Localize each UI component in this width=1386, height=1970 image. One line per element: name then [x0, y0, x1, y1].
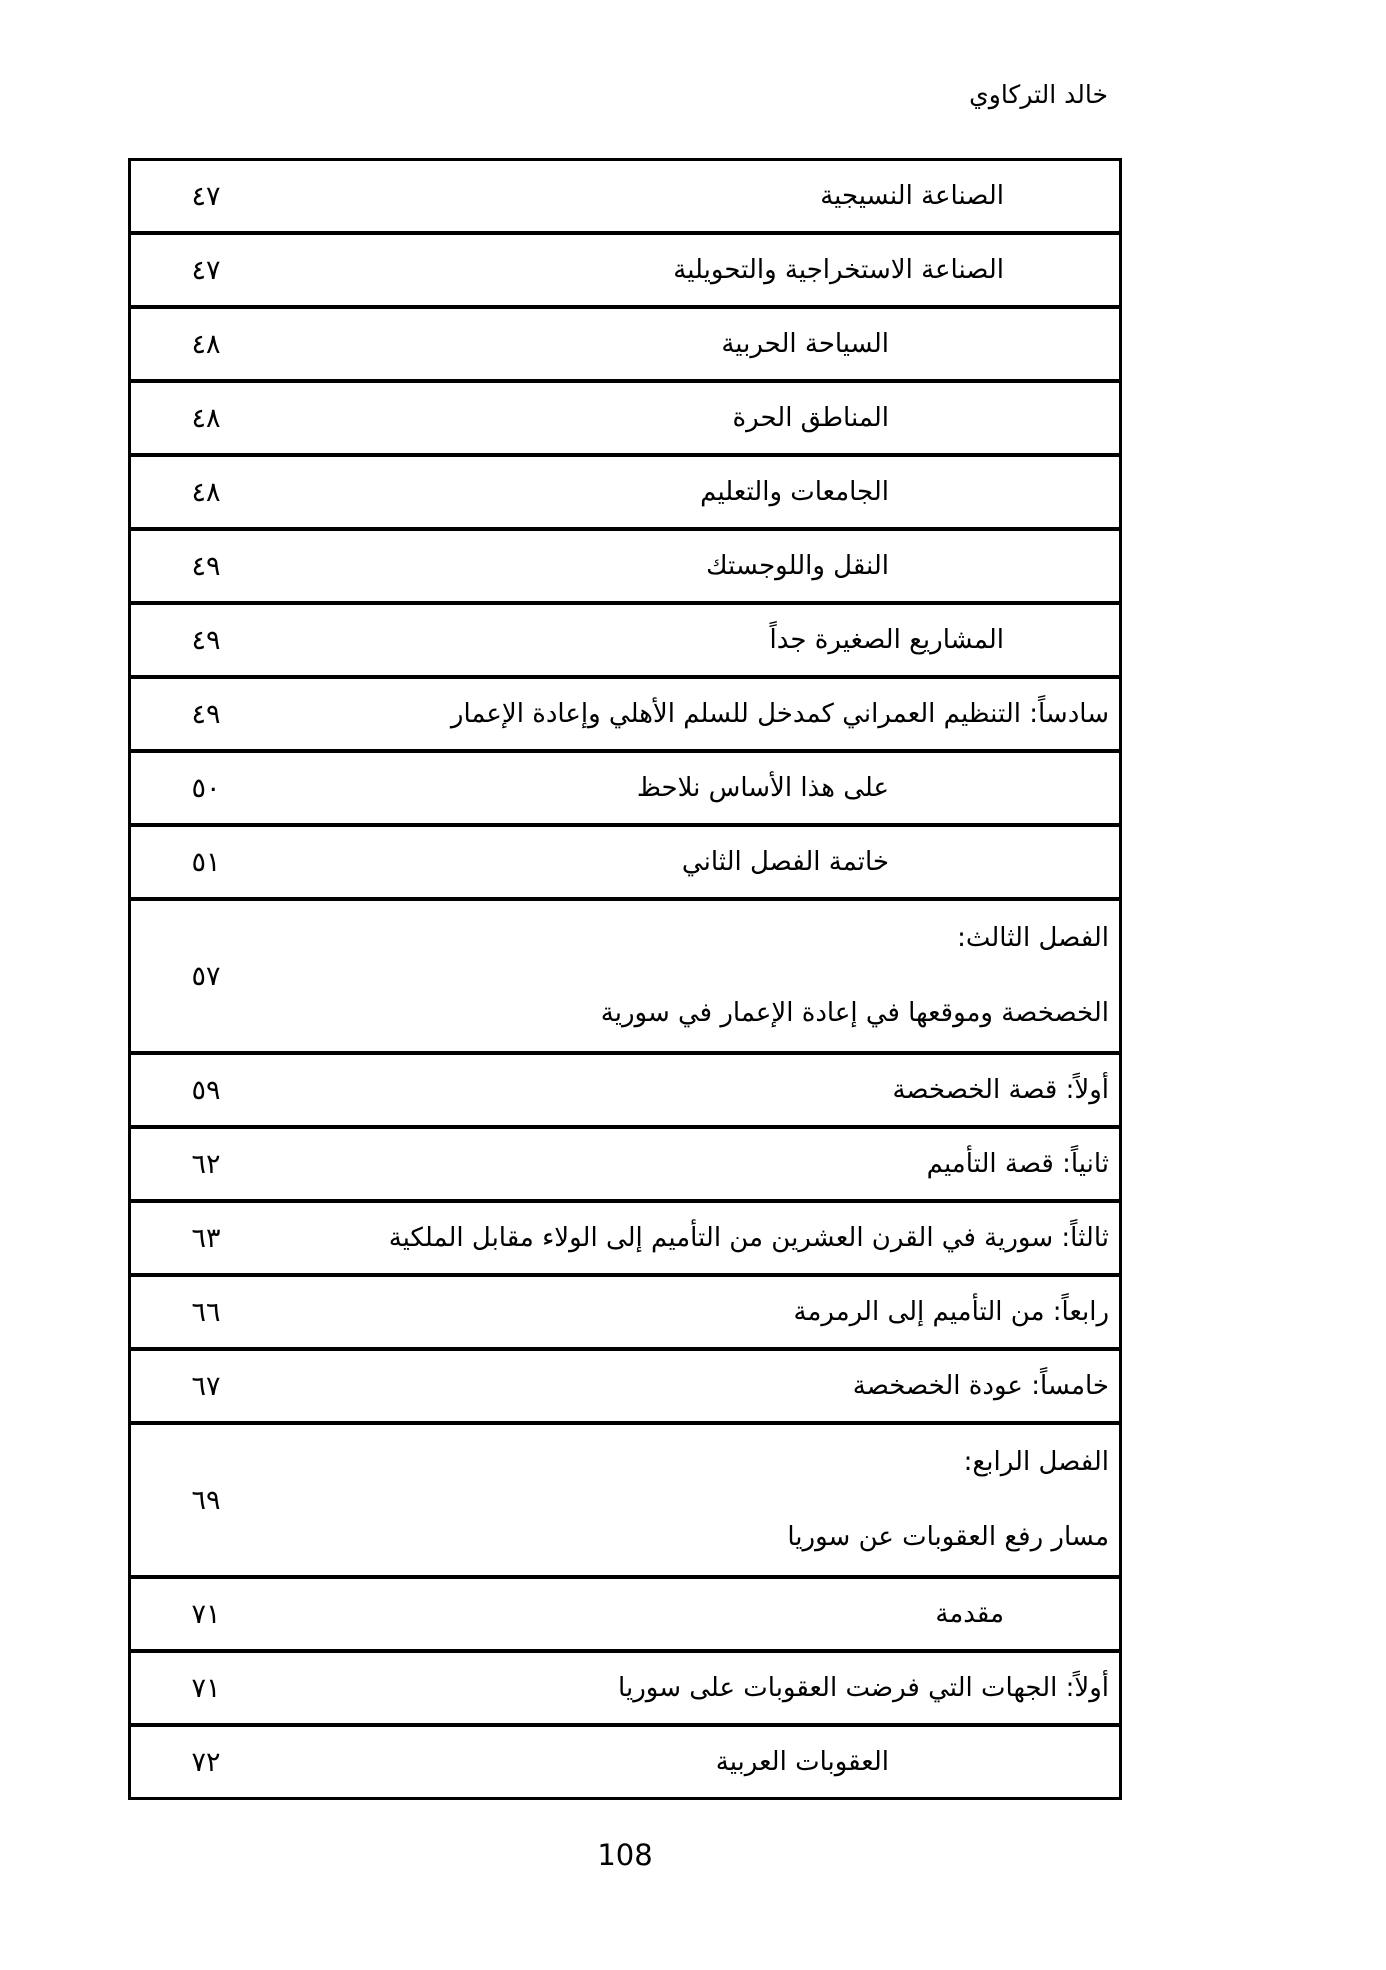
- toc-entry-line: ثانياً: قصة التأميم: [281, 1134, 1119, 1195]
- toc-entry-title: ثانياً: قصة التأميم: [281, 1134, 1119, 1195]
- toc-entry-line: مسار رفع العقوبات عن سوريا: [281, 1500, 1119, 1575]
- toc-row: المشاريع الصغيرة جداً ٤٩: [129, 603, 1121, 677]
- toc-entry-page-number: ٦٢: [131, 1149, 281, 1180]
- toc-entry-line: الصناعة الاستخراجية والتحويلية: [281, 240, 1119, 301]
- toc-entry-title: على هذا الأساس نلاحظ: [281, 758, 1119, 819]
- toc-row: ثالثاً: سورية في القرن العشرين من التأمي…: [129, 1201, 1121, 1275]
- toc-entry-page-number: ٦٧: [131, 1371, 281, 1402]
- toc-row: ثانياً: قصة التأميم ٦٢: [129, 1127, 1121, 1201]
- toc-row: العقوبات العربية ٧٢: [129, 1725, 1121, 1799]
- toc-entry-line: الصناعة النسيجية: [281, 166, 1119, 227]
- toc-entry-line: المشاريع الصغيرة جداً: [281, 610, 1119, 671]
- toc-entry-page-number: ٤٩: [131, 551, 281, 582]
- toc-entry-title: الصناعة النسيجية: [281, 166, 1119, 227]
- toc-entry-line: مقدمة: [281, 1584, 1119, 1645]
- toc-entry-title: الصناعة الاستخراجية والتحويلية: [281, 240, 1119, 301]
- toc-entry-page-number: ٤٨: [131, 477, 281, 508]
- toc-entry-page-number: ٤٩: [131, 625, 281, 656]
- toc-entry-line: أولاً: قصة الخصخصة: [281, 1060, 1119, 1121]
- toc-entry-line: رابعاً: من التأميم إلى الرمرمة: [281, 1282, 1119, 1343]
- toc-row: السياحة الحربية ٤٨: [129, 307, 1121, 381]
- toc-row: الصناعة الاستخراجية والتحويلية ٤٧: [129, 233, 1121, 307]
- toc-row: سادساً: التنظيم العمراني كمدخل للسلم الأ…: [129, 677, 1121, 751]
- page-number: 108: [128, 1838, 1122, 1872]
- toc-entry-page-number: ٦٣: [131, 1223, 281, 1254]
- toc-table: الصناعة النسيجية ٤٧ الصناعة الاستخراجية …: [128, 158, 1122, 1800]
- toc-entry-page-number: ٧١: [131, 1599, 281, 1630]
- document-page: خالد التركاوي الصناعة النسيجية ٤٧ الصناع…: [0, 0, 1386, 1970]
- toc-entry-title: ثالثاً: سورية في القرن العشرين من التأمي…: [281, 1208, 1119, 1269]
- toc-table-body: الصناعة النسيجية ٤٧ الصناعة الاستخراجية …: [129, 159, 1121, 1799]
- toc-entry-page-number: ٦٦: [131, 1297, 281, 1328]
- toc-entry-title: النقل واللوجستك: [281, 536, 1119, 597]
- toc-entry-page-number: ٤٧: [131, 255, 281, 286]
- toc-entry-title: السياحة الحربية: [281, 314, 1119, 375]
- toc-entry-line: العقوبات العربية: [281, 1732, 1119, 1793]
- toc-entry-line: خاتمة الفصل الثاني: [281, 832, 1119, 893]
- toc-entry-page-number: ٤٧: [131, 181, 281, 212]
- toc-row: أولاً: الجهات التي فرضت العقوبات على سور…: [129, 1651, 1121, 1725]
- toc-entry-page-number: ٤٩: [131, 699, 281, 730]
- toc-row: الصناعة النسيجية ٤٧: [129, 159, 1121, 233]
- toc-entry-title: العقوبات العربية: [281, 1732, 1119, 1793]
- toc-entry-title: رابعاً: من التأميم إلى الرمرمة: [281, 1282, 1119, 1343]
- toc-row: خاتمة الفصل الثاني ٥١: [129, 825, 1121, 899]
- toc-entry-title: خامساً: عودة الخصخصة: [281, 1356, 1119, 1417]
- toc-entry-line: الفصل الثالث:: [281, 901, 1119, 976]
- toc-row: خامساً: عودة الخصخصة ٦٧: [129, 1349, 1121, 1423]
- toc-entry-page-number: ٥٩: [131, 1075, 281, 1106]
- toc-entry-line: سادساً: التنظيم العمراني كمدخل للسلم الأ…: [281, 684, 1119, 745]
- toc-entry-page-number: ٥١: [131, 847, 281, 878]
- toc-entry-title: مقدمة: [281, 1584, 1119, 1645]
- toc-entry-title: الفصل الثالث:الخصخصة وموقعها في إعادة ال…: [281, 901, 1119, 1051]
- toc-row: النقل واللوجستك ٤٩: [129, 529, 1121, 603]
- toc-row: الجامعات والتعليم ٤٨: [129, 455, 1121, 529]
- toc-entry-title: الجامعات والتعليم: [281, 462, 1119, 523]
- toc-entry-title: خاتمة الفصل الثاني: [281, 832, 1119, 893]
- toc-row: مقدمة ٧١: [129, 1577, 1121, 1651]
- toc-entry-page-number: ٦٩: [131, 1485, 281, 1516]
- toc-entry-line: ثالثاً: سورية في القرن العشرين من التأمي…: [281, 1208, 1119, 1269]
- toc-entry-line: على هذا الأساس نلاحظ: [281, 758, 1119, 819]
- toc-entry-title: المناطق الحرة: [281, 388, 1119, 449]
- toc-entry-line: الخصخصة وموقعها في إعادة الإعمار في سوري…: [281, 976, 1119, 1051]
- toc-entry-page-number: ٤٨: [131, 403, 281, 434]
- toc-row: الفصل الرابع:مسار رفع العقوبات عن سوريا …: [129, 1423, 1121, 1577]
- toc-entry-page-number: ٥٠: [131, 773, 281, 804]
- toc-entry-line: خامساً: عودة الخصخصة: [281, 1356, 1119, 1417]
- toc-entry-title: سادساً: التنظيم العمراني كمدخل للسلم الأ…: [281, 684, 1119, 745]
- toc-row: على هذا الأساس نلاحظ ٥٠: [129, 751, 1121, 825]
- toc-entry-line: الجامعات والتعليم: [281, 462, 1119, 523]
- toc-entry-line: النقل واللوجستك: [281, 536, 1119, 597]
- toc-entry-line: أولاً: الجهات التي فرضت العقوبات على سور…: [281, 1658, 1119, 1719]
- toc-row: رابعاً: من التأميم إلى الرمرمة ٦٦: [129, 1275, 1121, 1349]
- toc-entry-title: المشاريع الصغيرة جداً: [281, 610, 1119, 671]
- toc-entry-page-number: ٧١: [131, 1673, 281, 1704]
- toc-entry-line: الفصل الرابع:: [281, 1425, 1119, 1500]
- toc-entry-title: أولاً: قصة الخصخصة: [281, 1060, 1119, 1121]
- toc-entry-page-number: ٧٢: [131, 1747, 281, 1778]
- toc-row: المناطق الحرة ٤٨: [129, 381, 1121, 455]
- toc-entry-line: السياحة الحربية: [281, 314, 1119, 375]
- toc-entry-line: المناطق الحرة: [281, 388, 1119, 449]
- toc-row: أولاً: قصة الخصخصة ٥٩: [129, 1053, 1121, 1127]
- toc-entry-title: أولاً: الجهات التي فرضت العقوبات على سور…: [281, 1658, 1119, 1719]
- toc-entry-page-number: ٥٧: [131, 961, 281, 992]
- toc-entry-page-number: ٤٨: [131, 329, 281, 360]
- page-header-author: خالد التركاوي: [128, 80, 1122, 109]
- toc-entry-title: الفصل الرابع:مسار رفع العقوبات عن سوريا: [281, 1425, 1119, 1575]
- toc-row: الفصل الثالث:الخصخصة وموقعها في إعادة ال…: [129, 899, 1121, 1053]
